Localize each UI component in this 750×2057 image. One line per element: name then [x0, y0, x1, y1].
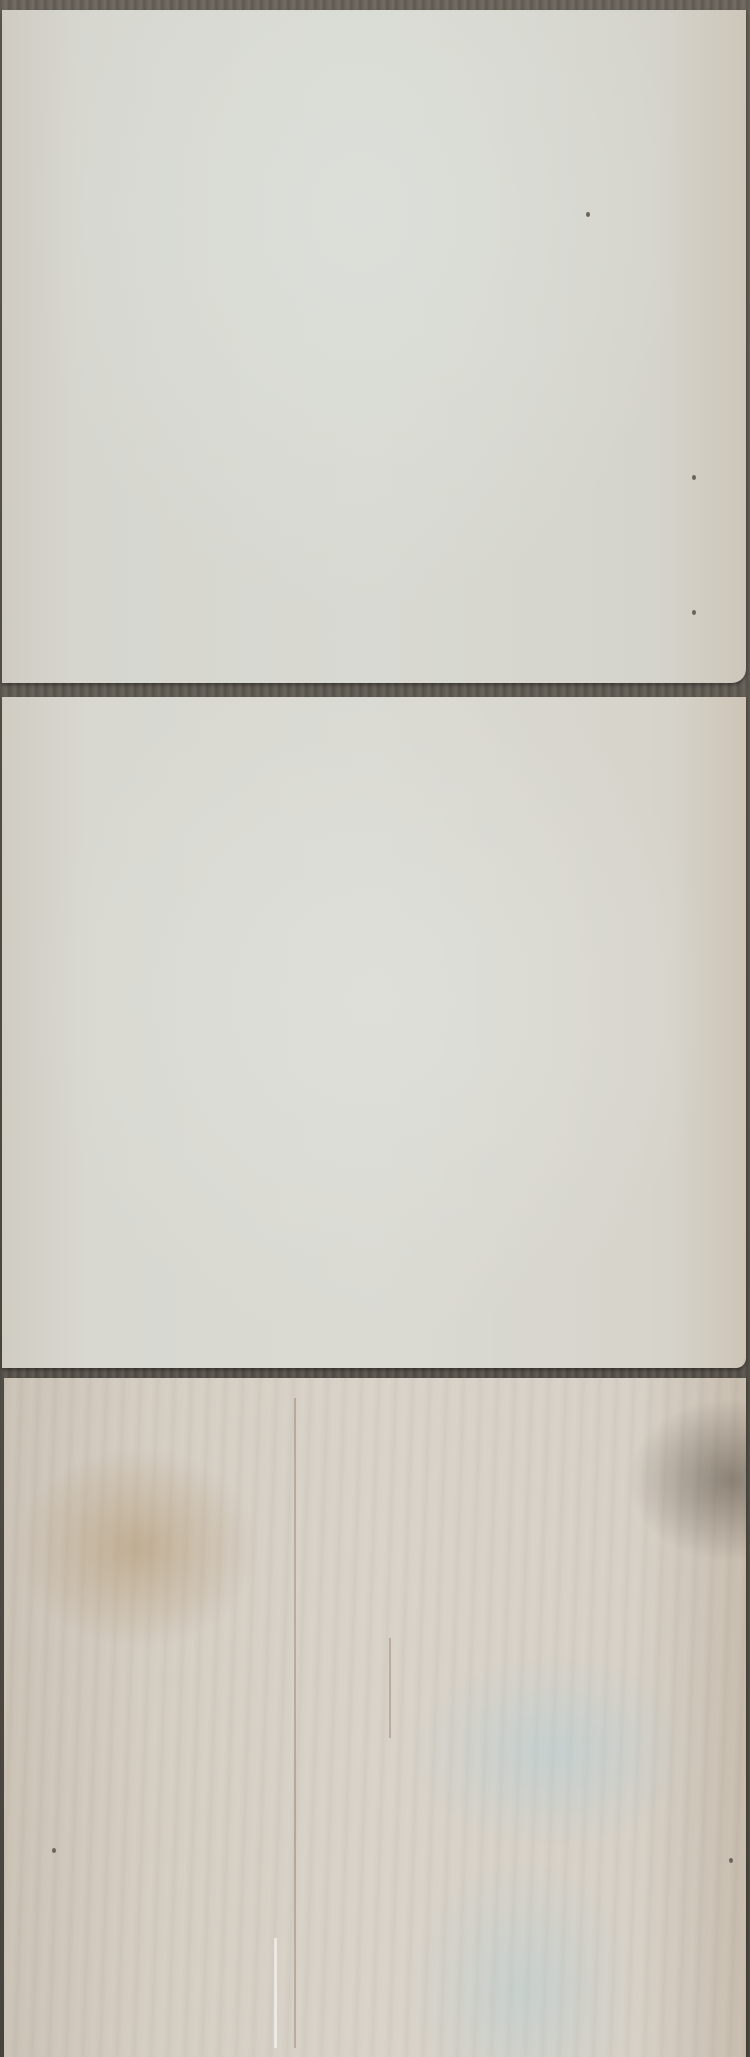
speck [692, 610, 696, 615]
photo-scene [0, 0, 750, 2057]
bottom-paper-sheet [4, 1378, 746, 2057]
crease-line [294, 1398, 296, 2048]
speck [586, 212, 590, 217]
speck [729, 1858, 733, 1863]
speck [692, 475, 696, 480]
crease-line [274, 1938, 277, 2048]
middle-paper-sheet [2, 697, 746, 1368]
top-paper-sheet [2, 10, 746, 683]
crease-line [389, 1638, 391, 1738]
speck [52, 1848, 56, 1853]
